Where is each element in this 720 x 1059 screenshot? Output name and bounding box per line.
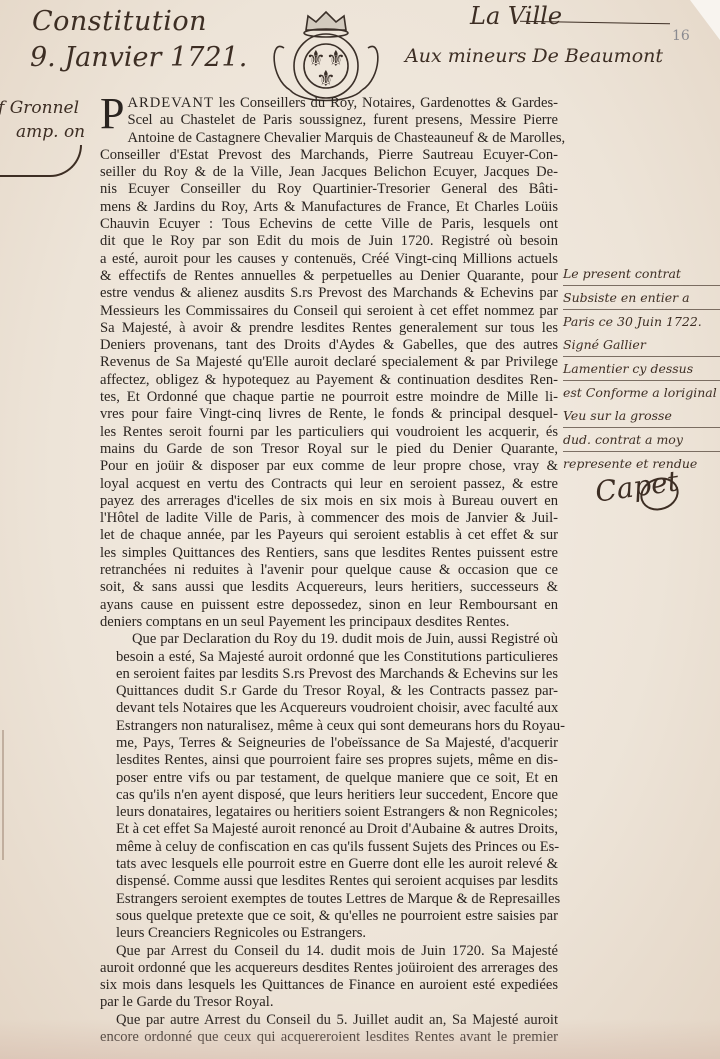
margin-note-line: Veu sur la grosse (563, 404, 720, 428)
handwritten-date: 9. Janvier 1721. (30, 42, 247, 73)
margin-note-line: Paris ce 30 Juin 1722. (563, 310, 720, 333)
left-margin-line: f Gronnel (0, 96, 85, 120)
handwritten-top-right: La Ville (470, 2, 562, 30)
svg-text:⚜: ⚜ (316, 66, 336, 91)
left-margin-line: amp. on (0, 120, 85, 144)
paragraph-3: Que par Arrest du Conseil du 14. dudit m… (100, 943, 558, 1012)
margin-note-line: Le present contrat (563, 262, 720, 286)
margin-note-line: Lamentier cy dessus (563, 357, 720, 381)
margin-note-line: dud. contrat a moy (563, 428, 720, 452)
document-page: Constitution 9. Janvier 1721. La Ville A… (0, 0, 720, 1059)
handwritten-recipient: Aux mineurs De Beaumont (405, 45, 663, 67)
margin-note-line: est Conforme a loriginal (563, 381, 720, 404)
drop-cap: P (100, 97, 124, 131)
paragraph-1: P ARDEVANT les Conseillers du Roy, Notai… (100, 95, 558, 631)
left-edge-stain (2, 730, 18, 860)
handwritten-margin-annotation: Le present contrat Subsiste en entier a … (563, 262, 720, 475)
page-number: 16 (672, 28, 690, 44)
left-margin-note: f Gronnel amp. on (0, 96, 85, 144)
paragraph-4: Que par autre Arrest du Conseil du 5. Ju… (100, 1012, 558, 1047)
margin-note-line: Signé Gallier (563, 333, 720, 357)
paragraph-2: Que par Declaration du Roy du 19. dudit … (100, 631, 558, 942)
margin-note-line: Subsiste en entier a (563, 286, 720, 310)
printed-text-body: P ARDEVANT les Conseillers du Roy, Notai… (100, 95, 558, 1046)
handwritten-title: Constitution (32, 6, 207, 37)
royal-seal-icon: ⚜ ⚜ ⚜ (262, 8, 390, 108)
page-corner-fold (690, 0, 720, 40)
opening-word: ARDEVANT (127, 95, 213, 111)
left-swash-flourish (0, 145, 82, 177)
